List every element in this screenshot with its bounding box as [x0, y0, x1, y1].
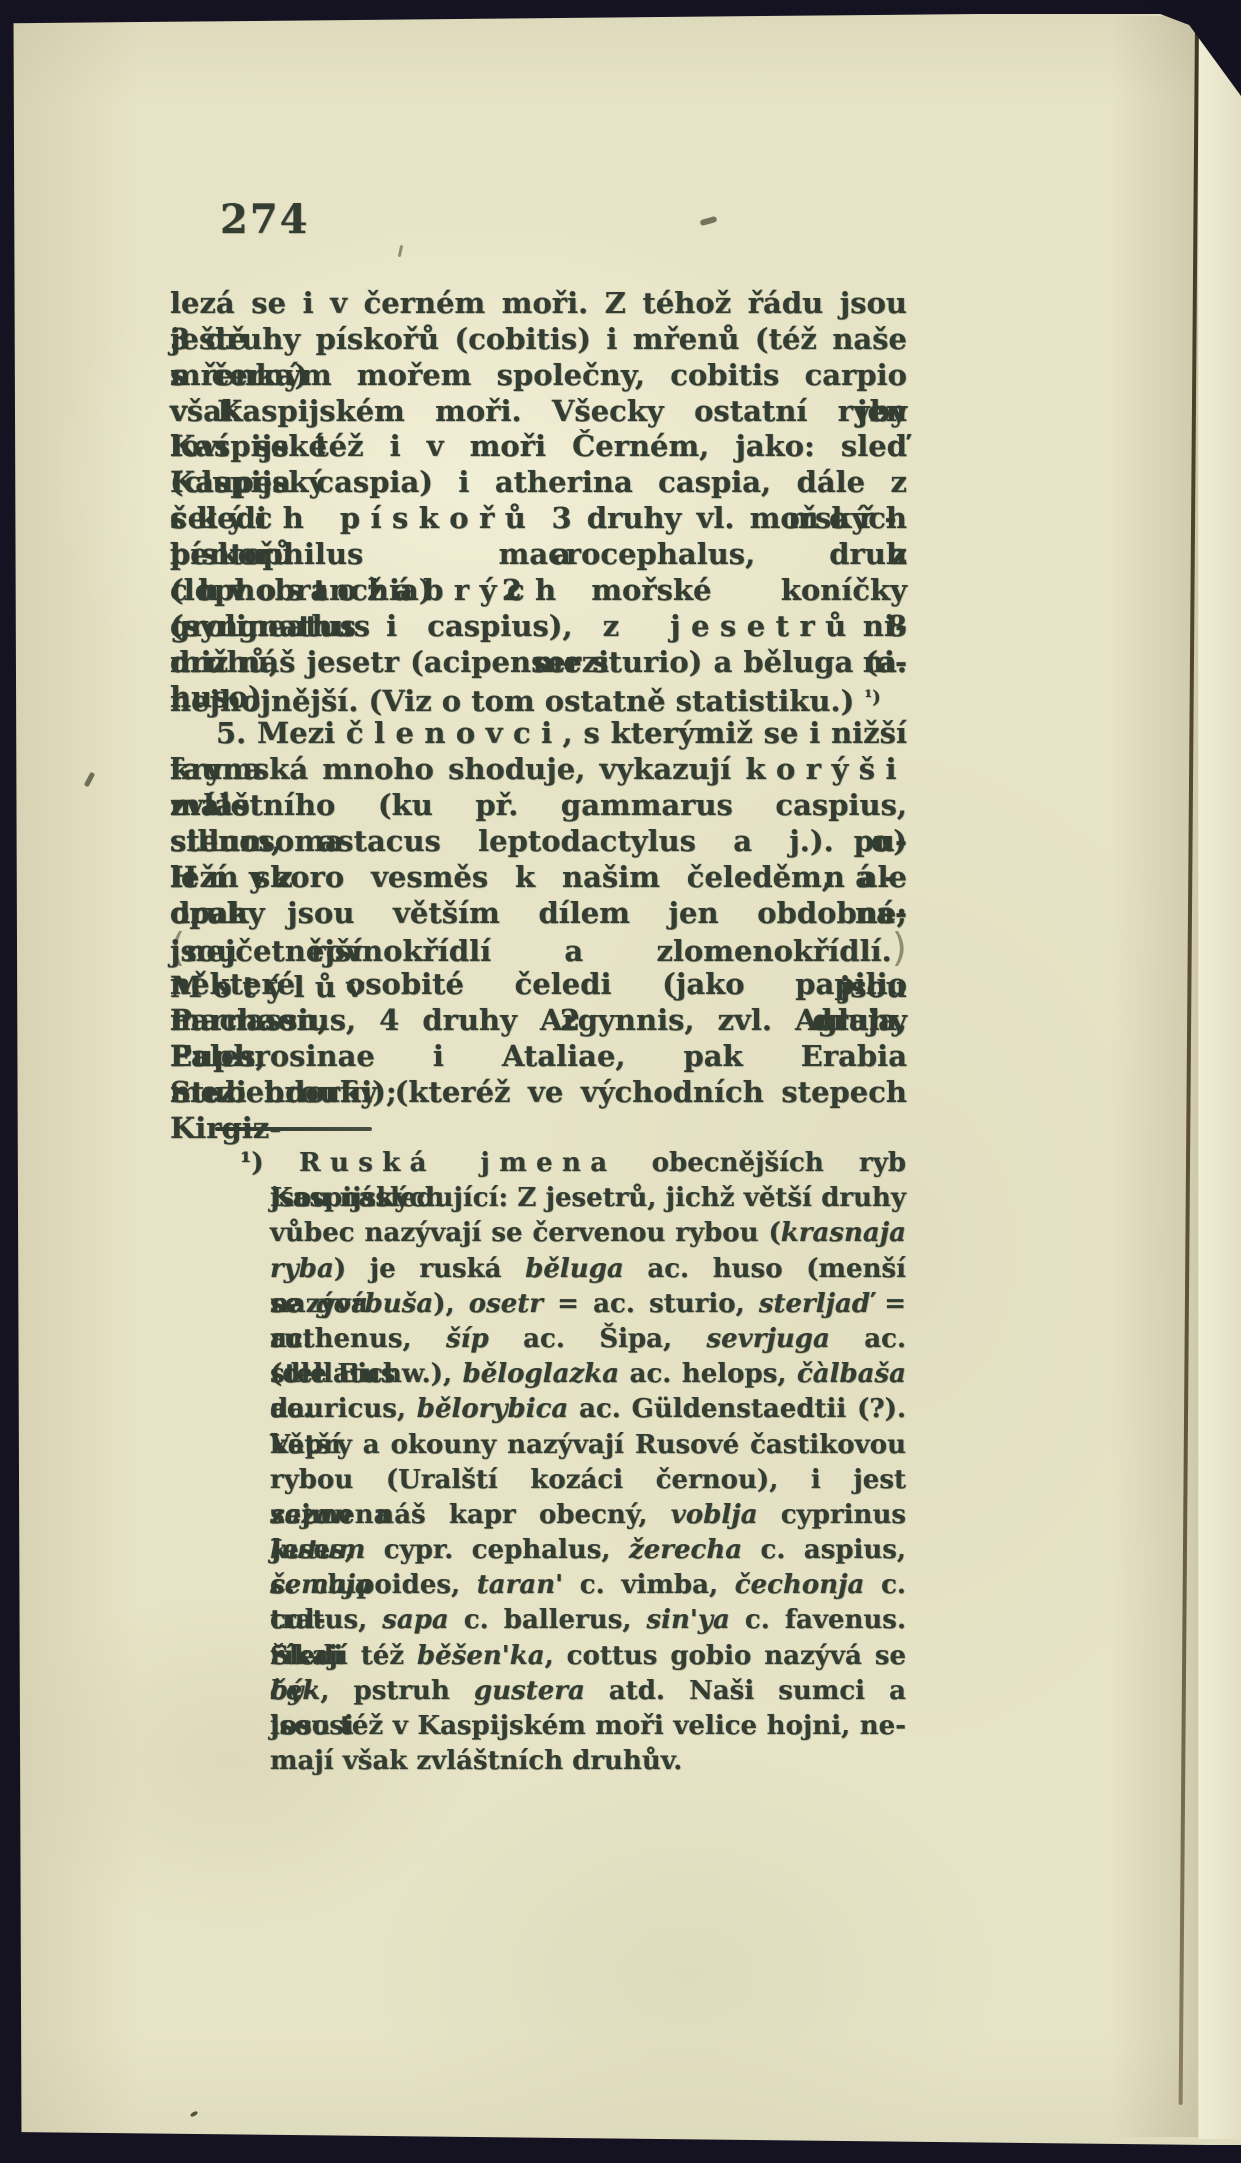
text-line: sazan náš kapr obecný, voblja cyprinus J… [270, 1498, 906, 1533]
text-segment: ských pískořů [170, 501, 536, 535]
text-line: ček, pstruh gustera atd. Naši sumci a lo… [270, 1674, 906, 1709]
text-segment: žerecha [629, 1535, 742, 1565]
text-line: zvláštního (ku př. gammarus caspius, ste… [170, 788, 907, 824]
text-segment: běloglazka [463, 1359, 619, 1389]
text-segment: krymská mnoho shoduje, vykazují [170, 752, 745, 786]
text-line: ských pískořů 3 druhy vl. mořských písko… [170, 501, 907, 537]
text-line: ruthenus, šíp ac. Šipa, sevrjuga ac. ste… [270, 1322, 906, 1357]
text-segment: jsou rovnokřídlí a zlomenokřídlí. [170, 934, 892, 968]
text-segment: bentophilus macrocephalus, z [170, 537, 907, 571]
text-segment: ¹) [240, 1148, 299, 1178]
text-segment: mají však zvláštních druhův. [270, 1746, 682, 1776]
text-segment: (dle Eichw.), [270, 1359, 463, 1389]
text-segment: osetr [469, 1289, 543, 1319]
text-line: miž náš jesetr (acipenser sturio) a bělu… [170, 645, 907, 681]
text-segment: ac. Šipa, [489, 1324, 707, 1354]
text-line: (dle Eichw.), běloglazka ac. helops, čàl… [270, 1357, 906, 1392]
text-segment: opak jsou větším dílem jen obdobné; [170, 896, 907, 930]
text-line: (clupea caspia) i atherina caspia, dále … [170, 465, 907, 501]
next-page-sliver [1199, 18, 1241, 2139]
text-segment: ček [270, 1676, 320, 1706]
text-segment: sillum, astacus leptodactylus a j.). α) [170, 824, 907, 858]
text-line: krymská mnoho shoduje, vykazují korýši m… [170, 752, 907, 788]
text-segment: sazan [270, 1500, 352, 1530]
text-line: mezi brouky (kteréž ve východních stepec… [170, 1075, 907, 1111]
text-line: s černým mořem společny, cobitis carpio … [170, 358, 907, 394]
text-segment: se [270, 1289, 315, 1319]
text-segment: ¹) [864, 687, 880, 708]
text-segment: šíp [446, 1324, 489, 1354]
text-segment: ) je ruská [334, 1254, 525, 1284]
text-line: v Kaspijském moři. Všecky ostatní ryby K… [170, 394, 907, 430]
text-segment: sin'ya [646, 1605, 729, 1635]
text-segment: , cottus gobio nazývá se [545, 1641, 906, 1671]
text-line: jsou následující: Z jesetrů, jichž větší… [270, 1181, 906, 1216]
text-segment: voblja [671, 1500, 758, 1530]
text-segment: gorbuša [315, 1289, 433, 1319]
text-segment: ryba [270, 1254, 334, 1284]
text-line: některé osobité čeledi (jako papilio mac… [170, 967, 907, 1003]
page-number: 274 [220, 196, 310, 243]
text-line: mají však zvláštních druhův. [270, 1744, 906, 1779]
text-segment: 5. Mezi [216, 716, 346, 750]
text-segment: jsou též v Kaspijském moři velice hojni,… [270, 1711, 906, 1741]
text-line: dauricus, bělorybica ac. Güldenstaedtii … [270, 1392, 906, 1427]
text-line: se gorbuša), osetr = ac. sturio, sterlja… [270, 1287, 906, 1322]
text-segment: korýši [745, 752, 907, 786]
text-line: jsou též v Kaspijském moři velice hojni,… [270, 1709, 906, 1744]
text-segment: členovci [346, 716, 563, 750]
text-segment: gustera [474, 1676, 585, 1706]
text-segment: ), [433, 1289, 469, 1319]
text-line: ryba) je ruská běluga ac. huso (menší na… [270, 1252, 906, 1287]
text-segment: běšen'ka [417, 1641, 545, 1671]
text-line: loví se též i v moři Černém, jako: sleď … [170, 429, 907, 465]
text-segment: náš kapr obecný, [352, 1500, 671, 1530]
main-paragraphs: lezá se i v černém moři. Z téhož řádu js… [170, 286, 907, 1111]
text-segment: c. ballerus, [449, 1605, 647, 1635]
book-scan-photo: 274 lezá se i v černém moři. Z téhož řád… [0, 0, 1241, 2163]
text-segment: nejhojnější. (Viz o tom ostatně statisti… [170, 685, 864, 719]
text-segment: grolineatus i caspius), [170, 609, 603, 643]
text-line: bentophilus macrocephalus, z chvostožábr… [170, 537, 907, 573]
text-line: kapry a okouny nazývají Rusové častikovo… [270, 1428, 906, 1463]
text-line: c. clupoides, taran' c. vimba, čechonja … [270, 1568, 906, 1603]
text-line: říkají též běšen'ka, cottus gobio nazývá… [270, 1639, 906, 1674]
text-segment: čàlbaša [797, 1359, 906, 1389]
text-line: 5. Mezi členovci, s kterýmiž se i nižší … [170, 716, 907, 752]
text-segment: krasnaja [781, 1218, 906, 1248]
text-segment: c. vimba, [563, 1570, 735, 1600]
text-segment: bělorybica [417, 1394, 568, 1424]
text-line: (lophobranchia) 2 mořské koníčky (syngna… [170, 573, 907, 609]
text-segment: = ac. sturio, [543, 1289, 759, 1319]
text-line: jsou rovnokřídlí a zlomenokřídlí.) Motýl… [170, 931, 907, 967]
text-segment: tratus, [270, 1605, 382, 1635]
text-line: sillum, astacus leptodactylus a j.). α) … [170, 824, 907, 860]
text-line: nejhojnější. (Viz o tom ostatně statisti… [170, 680, 907, 716]
text-segment: c. aspius, [742, 1535, 906, 1565]
text-segment: ac. helops, [619, 1359, 797, 1389]
text-segment: dauricus, [270, 1394, 417, 1424]
text-line: Parnassius, 4 druhy Argynnis, zvl. Aglaj… [170, 1003, 907, 1039]
text-line: tratus, sapa c. ballerus, sin'ya c. fave… [270, 1603, 906, 1638]
text-line: ¹) Ruská jmena obecnějších ryb Kaspijský… [270, 1146, 906, 1181]
text-segment: čechonja [735, 1570, 865, 1600]
text-segment: Ruská jmena [299, 1148, 616, 1178]
text-segment: jsou následující: Z jesetrů, jichž větší… [270, 1183, 906, 1213]
text-line: 3 druhy pískořů (cobitis) i mřenů (též n… [170, 322, 907, 358]
text-segment: ruthenus, [270, 1324, 446, 1354]
text-line: leží skoro vesměs k našim čeleděm, ale d… [170, 860, 907, 896]
text-line: grolineatus i caspius), z jesetrů 8 druh… [170, 609, 907, 645]
text-segment: běluga [525, 1254, 624, 1284]
footnote-block: ¹) Ruská jmena obecnějších ryb Kaspijský… [270, 1146, 906, 1779]
text-segment: sapa [382, 1605, 449, 1635]
text-segment: říkají též [270, 1641, 417, 1671]
text-segment: c. clupoides, [270, 1570, 477, 1600]
text-segment: sevrjuga [707, 1324, 830, 1354]
text-segment: vůbec nazývají se červenou rybou ( [270, 1218, 781, 1248]
text-line: lezá se i v černém moři. Z téhož řádu js… [170, 286, 907, 322]
text-segment: taran' [477, 1570, 563, 1600]
text-line: Euphrosinae i Ataliae, pak Erabia Stuben… [170, 1039, 907, 1075]
text-segment: kutum [270, 1535, 365, 1565]
text-line: vůbec nazývají se červenou rybou (krasna… [270, 1216, 906, 1251]
pencil-annotation: ) [892, 926, 907, 971]
footnote-separator-rule [215, 1127, 372, 1131]
text-line: rybou (Uralští kozáci černou), i jest ze… [270, 1463, 906, 1498]
text-segment: kapry a okouny nazývají Rusové častikovo… [270, 1430, 906, 1460]
text-segment: cypr. cephalus, [365, 1535, 629, 1565]
text-segment: sterljaď [759, 1289, 870, 1319]
text-line: kutum cypr. cephalus, žerecha c. aspius,… [270, 1533, 906, 1568]
text-segment: z jesetrů [603, 609, 857, 643]
text-segment: , pstruh [320, 1676, 474, 1706]
text-line: opak jsou větším dílem jen obdobné;(nejč… [170, 896, 907, 932]
